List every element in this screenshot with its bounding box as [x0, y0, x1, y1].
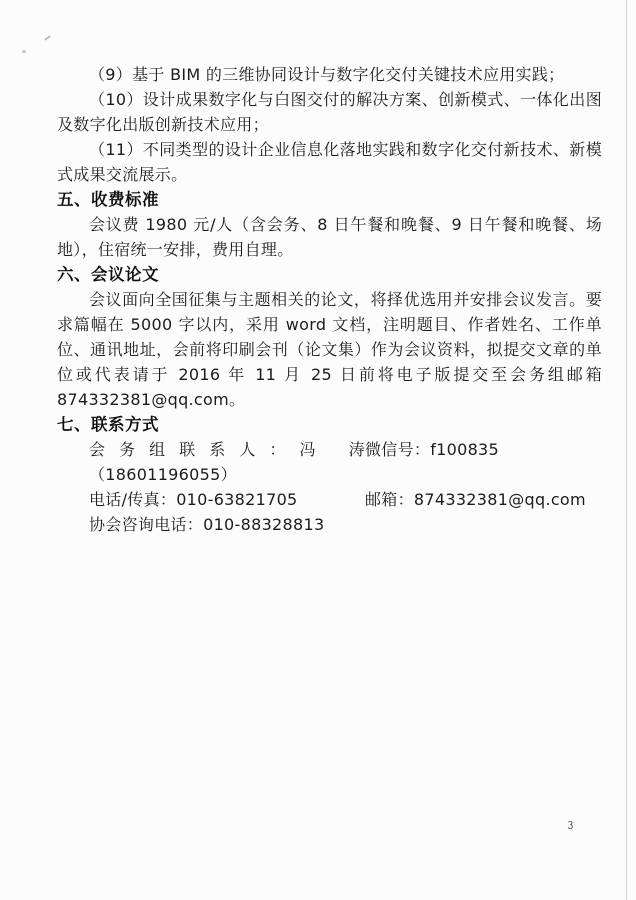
section-heading-papers: 六、会议论文 [57, 262, 602, 287]
contact-association-phone-label: 协会咨询电话：010-88328813 [89, 512, 365, 537]
contact-phone-fax-label: 电话/传真：010-63821705 [89, 487, 365, 512]
list-item-10: （10）设计成果数字化与白图交付的解决方案、创新模式、一体化出图及数字化出版创新… [57, 87, 602, 137]
scan-speck [44, 35, 51, 41]
section-body-fees: 会议费 1980 元/人（含会务、8 日午餐和晚餐、9 日午餐和晚餐、场地），住… [57, 212, 602, 262]
scanned-document-page: （9）基于 BIM 的三维协同设计与数字化交付关键技术应用实践； （10）设计成… [0, 0, 636, 900]
contact-row-association-phone: 协会咨询电话：010-88328813 [57, 512, 602, 537]
contact-person-label: 会务组联系人：冯 涛（18601196055） [89, 437, 365, 487]
page-number: 3 [568, 819, 574, 832]
scan-edge-line [626, 0, 627, 900]
section-heading-contact: 七、联系方式 [57, 412, 602, 437]
contact-row-person: 会务组联系人：冯 涛（18601196055） 微信号：f100835 [57, 437, 602, 487]
document-content: （9）基于 BIM 的三维协同设计与数字化交付关键技术应用实践； （10）设计成… [57, 62, 602, 537]
contact-row-spacer [365, 512, 602, 537]
section-heading-fees: 五、收费标准 [57, 187, 602, 212]
list-item-11: （11）不同类型的设计企业信息化落地实践和数字化交付新技术、新模式成果交流展示。 [57, 137, 602, 187]
contact-row-phone-fax: 电话/传真：010-63821705 邮箱：874332381@qq.com [57, 487, 602, 512]
section-body-papers: 会议面向全国征集与主题相关的论文，将择优选用并安排会议发言。要求篇幅在 5000… [57, 287, 602, 412]
contact-email-label: 邮箱：874332381@qq.com [365, 487, 602, 512]
list-item-9: （9）基于 BIM 的三维协同设计与数字化交付关键技术应用实践； [57, 62, 602, 87]
scan-speck [22, 50, 26, 53]
contact-wechat-label: 微信号：f100835 [365, 437, 602, 487]
